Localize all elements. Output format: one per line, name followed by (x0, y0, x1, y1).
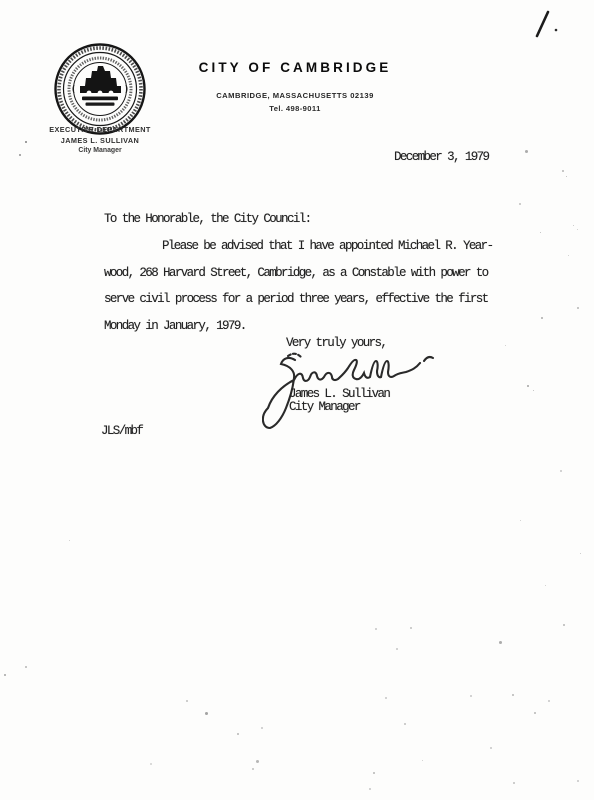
scan-speck (410, 627, 412, 629)
department-block: EXECUTIVE DEPARTMENT JAMES L. SULLIVAN C… (25, 125, 175, 157)
handwritten-page-mark (528, 6, 570, 44)
signer-name: James L. Sullivan (289, 388, 389, 401)
letterhead-address: CAMBRIDGE, MASSACHUSETTS 02139 (160, 91, 430, 100)
letterhead-phone: Tel. 498-9011 (160, 104, 430, 113)
signer-block: James L. Sullivan City Manager (289, 388, 389, 415)
scan-speck (534, 712, 536, 714)
scan-speck (568, 255, 569, 256)
scan-speck (237, 733, 239, 735)
scan-speck (505, 345, 506, 346)
scan-speck (396, 648, 398, 650)
scan-speck (186, 700, 188, 702)
scan-speck (69, 540, 70, 541)
scan-speck (548, 700, 550, 702)
scan-speck (369, 788, 371, 790)
city-of-cambridge-seal-icon (52, 41, 148, 137)
letterhead-title: CITY OF CAMBRIDGE (160, 60, 430, 75)
scan-speck (541, 317, 543, 319)
scan-speck (205, 712, 208, 715)
department-name: EXECUTIVE DEPARTMENT (25, 125, 175, 136)
scan-speck (519, 203, 521, 205)
letter-date: December 3, 1979 (394, 150, 488, 164)
scan-speck (513, 782, 515, 784)
scan-speck (525, 150, 528, 153)
body-line: wood, 268 Harvard Street, Cambridge, as … (104, 260, 524, 287)
scan-speck (533, 390, 534, 391)
scan-speck (573, 225, 574, 226)
scan-speck (527, 385, 529, 387)
scan-speck (566, 176, 567, 177)
scan-speck (385, 697, 387, 699)
scanned-letter-page: CITY OF CAMBRIDGE CAMBRIDGE, MASSACHUSET… (0, 0, 594, 800)
scan-speck (19, 154, 21, 156)
scan-speck (256, 760, 259, 763)
scan-speck (512, 694, 514, 696)
scan-speck (577, 780, 579, 782)
scan-speck (520, 520, 521, 521)
scan-speck (373, 772, 375, 774)
letter-body: To the Honorable, the City Council: Plea… (104, 206, 524, 340)
scan-speck (422, 760, 423, 761)
scan-speck (404, 723, 406, 725)
scan-speck (560, 470, 562, 472)
reference-initials: JLS/mbf (101, 424, 142, 438)
scan-speck (25, 141, 27, 143)
scan-speck (470, 695, 472, 697)
scan-speck (261, 727, 263, 729)
salutation: To the Honorable, the City Council: (104, 206, 524, 233)
body-line: Please be advised that I have appointed … (104, 233, 524, 260)
scan-speck (375, 628, 377, 630)
manager-name: JAMES L. SULLIVAN (25, 136, 175, 147)
scan-speck (499, 641, 502, 644)
closing-phrase: Very truly yours, (286, 336, 386, 350)
scan-speck (577, 229, 578, 230)
scan-speck (4, 674, 6, 676)
scan-speck (577, 307, 579, 309)
body-line: serve civil process for a period three y… (104, 286, 524, 313)
scan-speck (563, 624, 565, 626)
letterhead: CITY OF CAMBRIDGE CAMBRIDGE, MASSACHUSET… (160, 60, 430, 113)
scan-speck (25, 666, 27, 668)
scan-speck (545, 585, 546, 586)
scan-speck (562, 170, 564, 172)
scan-speck (490, 747, 492, 749)
manager-title: City Manager (25, 146, 175, 157)
scan-speck (252, 768, 254, 770)
signer-title: City Manager (289, 401, 389, 414)
scan-speck (540, 232, 541, 233)
scan-speck (150, 763, 152, 765)
scan-speck (580, 553, 581, 554)
